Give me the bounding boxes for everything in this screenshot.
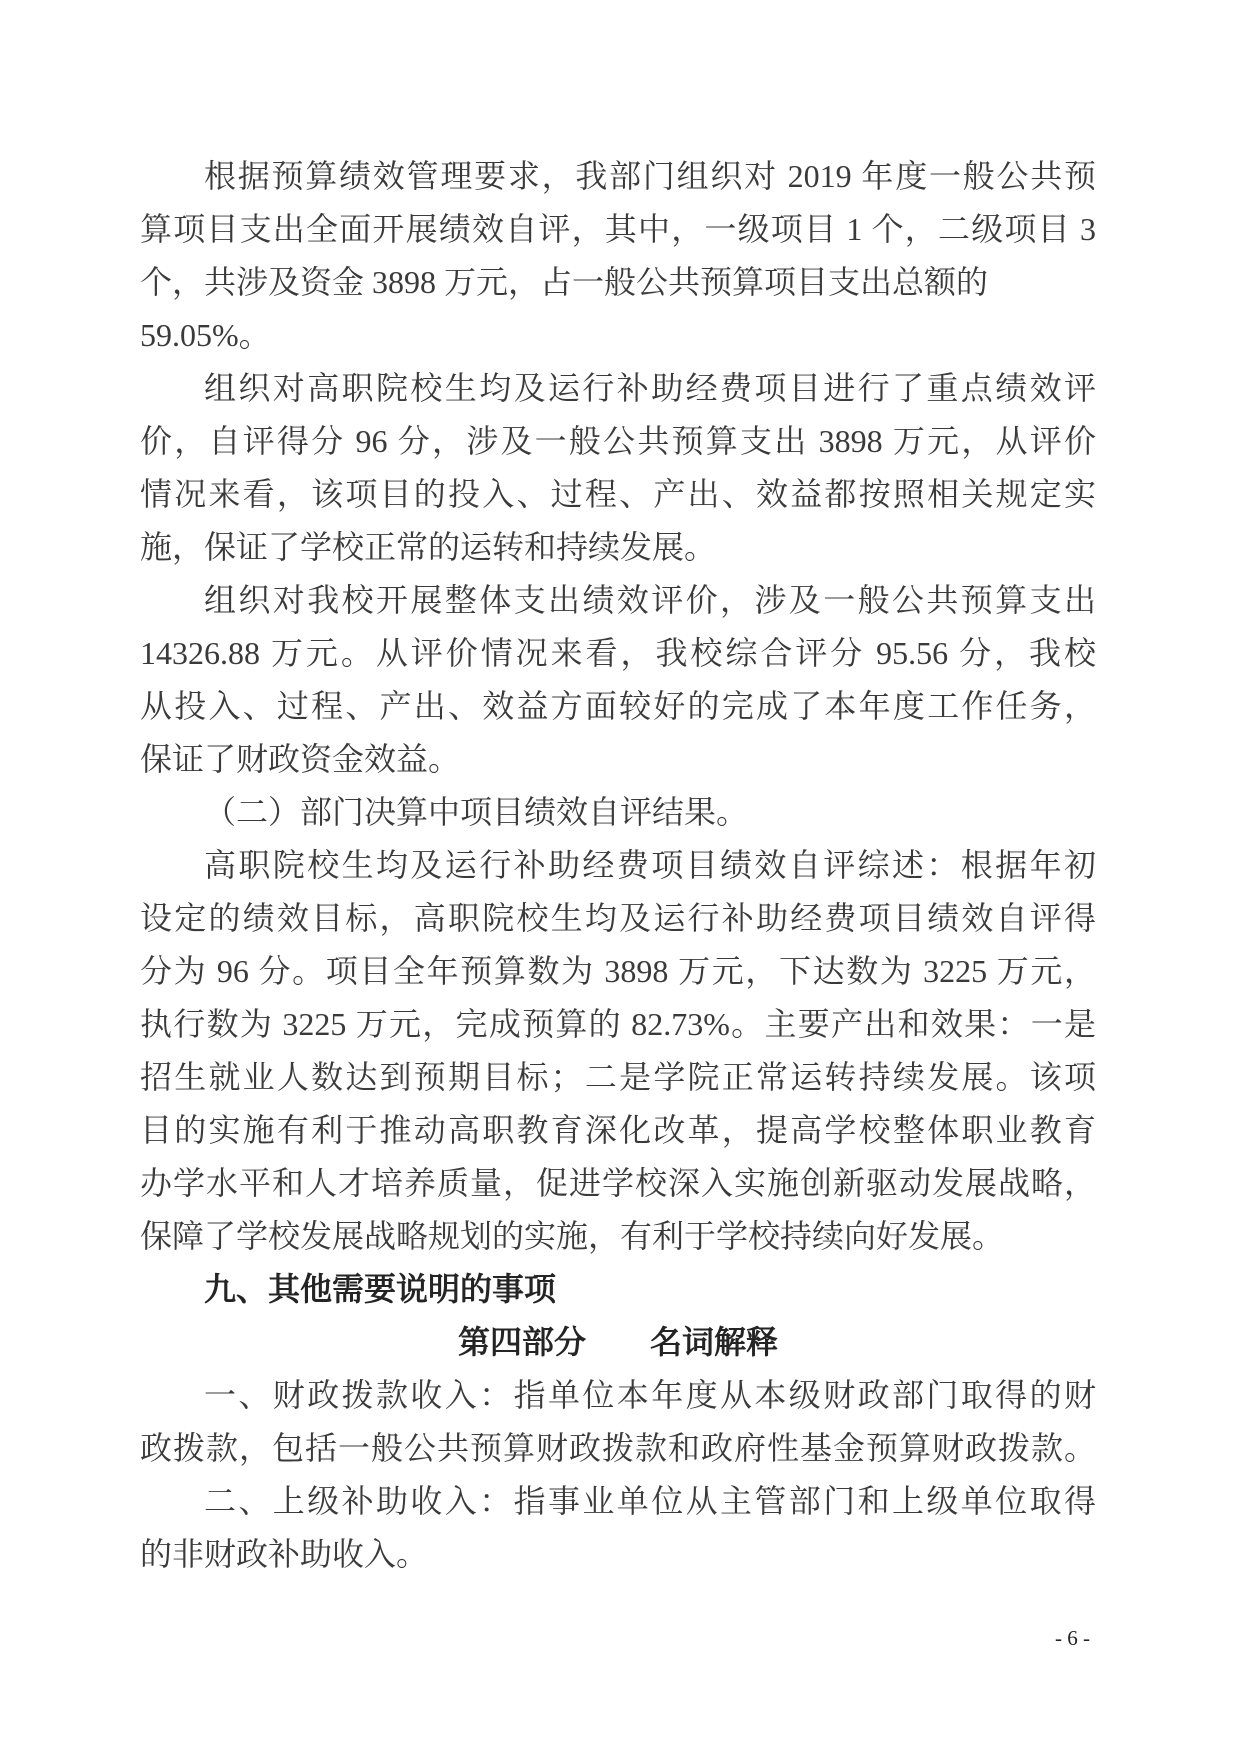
text-line: 14326.88 万元。从评价情况来看，我校综合评分 95.56 分，我校 [140,627,1096,680]
para-overall-expenditure-eval: 组织对我校开展整体支出绩效评价，涉及一般公共预算支出14326.88 万元。从评… [140,574,1096,786]
text-line: 保证了财政资金效益。 [140,733,1096,786]
text-line: 根据预算绩效管理要求，我部门组织对 2019 年度一般公共预 [140,150,1096,203]
text-line: 情况来看，该项目的投入、过程、产出、效益都按照相关规定实 [140,468,1096,521]
text-line: 算项目支出全面开展绩效自评，其中，一级项目 1 个，二级项目 3 [140,203,1096,256]
text-line: 施，保证了学校正常的运转和持续发展。 [140,521,1096,574]
text-line: 执行数为 3225 万元，完成预算的 82.73%。主要产出和效果：一是 [140,998,1096,1051]
heading-other-matters: 九、其他需要说明的事项 [140,1263,1096,1316]
text-line: 第四部分 名词解释 [140,1316,1096,1369]
para-glossary-item-1: 一、财政拨款收入：指单位本年度从本级财政部门取得的财政拨款，包括一般公共预算财政… [140,1369,1096,1475]
text-line: 价，自评得分 96 分，涉及一般公共预算支出 3898 万元，从评价 [140,415,1096,468]
text-line: 59.05%。 [140,309,1096,362]
text-line: （二）部门决算中项目绩效自评结果。 [140,786,1096,839]
text-line: 政拨款，包括一般公共预算财政拨款和政府性基金预算财政拨款。 [140,1422,1096,1475]
text-line: 分为 96 分。项目全年预算数为 3898 万元，下达数为 3225 万元， [140,945,1096,998]
para-glossary-item-2: 二、上级补助收入：指事业单位从主管部门和上级单位取得的非财政补助收入。 [140,1475,1096,1581]
para-project-self-eval-detail: 高职院校生均及运行补助经费项目绩效自评综述：根据年初设定的绩效目标，高职院校生均… [140,839,1096,1263]
document-content: 根据预算绩效管理要求，我部门组织对 2019 年度一般公共预算项目支出全面开展绩… [140,150,1096,1581]
para-subsection-2-title: （二）部门决算中项目绩效自评结果。 [140,786,1096,839]
text-line: 二、上级补助收入：指事业单位从主管部门和上级单位取得 [140,1475,1096,1528]
text-line: 从投入、过程、产出、效益方面较好的完成了本年度工作任务， [140,680,1096,733]
document-page: 根据预算绩效管理要求，我部门组织对 2019 年度一般公共预算项目支出全面开展绩… [0,0,1240,1754]
text-line: 九、其他需要说明的事项 [140,1263,1096,1316]
text-line: 的非财政补助收入。 [140,1528,1096,1581]
para-overall-self-eval: 根据预算绩效管理要求，我部门组织对 2019 年度一般公共预算项目支出全面开展绩… [140,150,1096,362]
text-line: 组织对高职院校生均及运行补助经费项目进行了重点绩效评 [140,362,1096,415]
text-line: 一、财政拨款收入：指单位本年度从本级财政部门取得的财 [140,1369,1096,1422]
text-line: 设定的绩效目标，高职院校生均及运行补助经费项目绩效自评得 [140,892,1096,945]
heading-part4-glossary: 第四部分 名词解释 [140,1316,1096,1369]
text-line: 个，共涉及资金 3898 万元，占一般公共预算项目支出总额的 [140,256,1096,309]
text-line: 办学水平和人才培养质量，促进学校深入实施创新驱动发展战略， [140,1157,1096,1210]
text-line: 招生就业人数达到预期目标；二是学院正常运转持续发展。该项 [140,1051,1096,1104]
text-line: 目的实施有利于推动高职教育深化改革，提高学校整体职业教育 [140,1104,1096,1157]
text-line: 高职院校生均及运行补助经费项目绩效自评综述：根据年初 [140,839,1096,892]
text-line: 保障了学校发展战略规划的实施，有利于学校持续向好发展。 [140,1210,1096,1263]
text-line: 组织对我校开展整体支出绩效评价，涉及一般公共预算支出 [140,574,1096,627]
para-key-project-eval: 组织对高职院校生均及运行补助经费项目进行了重点绩效评价，自评得分 96 分，涉及… [140,362,1096,574]
page-number: - 6 - [1055,1626,1090,1650]
